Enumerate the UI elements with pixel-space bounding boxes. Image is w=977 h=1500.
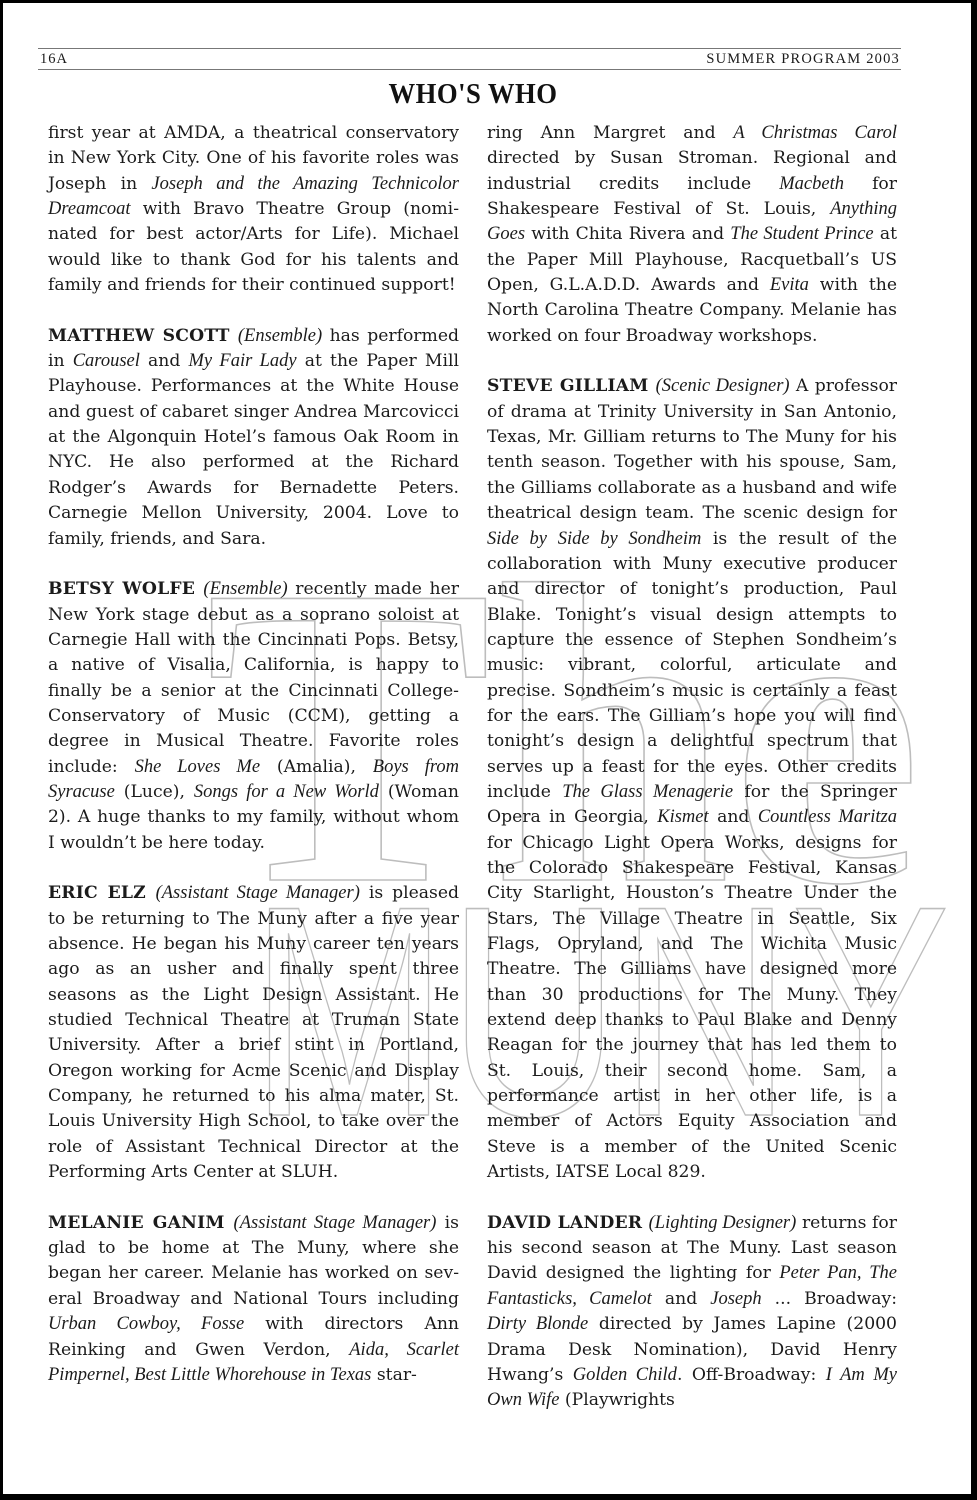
person-role: (Assistant Stage Manager)	[234, 1213, 437, 1233]
italic-title: She Loves Me	[135, 757, 260, 777]
body-text: (Playwrights	[559, 1390, 674, 1410]
person-role: (Ensemble)	[238, 326, 322, 346]
body-text: . Off-Broadway:	[677, 1365, 826, 1385]
italic-title: The Glass Menagerie	[562, 782, 733, 802]
person-name: BETSY WOLFE	[48, 579, 203, 599]
publication-title: SUMMER PROGRAM 2003	[706, 51, 900, 68]
body-text: recently made her New York stage debut a…	[48, 579, 459, 776]
italic-title: Joseph	[710, 1289, 761, 1309]
body-text: star-	[371, 1365, 416, 1385]
italic-title: My Fair Lady	[188, 351, 296, 371]
person-role: (Assistant Stage Manager)	[156, 883, 360, 903]
body-text: is pleased to be returning to The Muny a…	[48, 883, 459, 1182]
bio-entry: DAVID LANDER (Lighting Designer) returns…	[487, 1211, 897, 1414]
left-column: first year at AMDA, a theatrical conserv…	[48, 121, 459, 1414]
body-text: is the result of the collaboration with …	[487, 529, 897, 802]
italic-title: A Christmas Carol	[733, 123, 897, 143]
page: 16A SUMMER PROGRAM 2003	[38, 48, 901, 70]
italic-title: Kismet	[657, 807, 708, 827]
page-number: 16A	[40, 51, 68, 68]
body-text: and	[652, 1289, 710, 1309]
bio-entry: BETSY WOLFE (Ensemble) recently made her…	[48, 577, 459, 856]
italic-title: Macbeth	[779, 174, 844, 194]
body-text: ... Broadway:	[762, 1289, 897, 1309]
person-name: DAVID LANDER	[487, 1213, 649, 1233]
body-text: at the Paper Mill Playhouse. Performance…	[48, 351, 459, 548]
person-name: MATTHEW SCOTT	[48, 326, 238, 346]
body-text: and	[709, 807, 758, 827]
body-text: (Luce),	[115, 782, 194, 802]
bio-entry: MATTHEW SCOTT (Ensemble) has performed i…	[48, 324, 459, 552]
italic-title: Urban Cowboy, Fosse	[48, 1314, 244, 1334]
person-name: MELANIE GANIM	[48, 1213, 234, 1233]
bio-entry: ERIC ELZ (Assistant Stage Manager) is pl…	[48, 881, 459, 1185]
italic-title: Carousel	[73, 351, 140, 371]
bio-continuation: ring Ann Margret and A Christmas Carol d…	[487, 121, 897, 349]
person-name: ERIC ELZ	[48, 883, 156, 903]
italic-title: The Student Prince	[730, 224, 873, 244]
person-role: (Scenic Designer)	[656, 376, 790, 396]
bio-continuation: first year at AMDA, a theatrical conserv…	[48, 121, 459, 298]
person-role: (Ensemble)	[203, 579, 287, 599]
bio-entry: STEVE GILLIAM (Scenic Designer) A profes…	[487, 374, 897, 1185]
italic-title: Countless Maritza	[758, 807, 897, 827]
person-role: (Lighting Designer)	[649, 1213, 797, 1233]
body-text: for Chicago Light Opera Works, designs f…	[487, 833, 897, 1182]
body-text: ring Ann Margret and	[487, 123, 733, 143]
bio-entry: MELANIE GANIM (Assistant Stage Manager) …	[48, 1211, 459, 1388]
italic-title: Evita	[770, 275, 809, 295]
running-header: 16A SUMMER PROGRAM 2003	[38, 48, 901, 70]
italic-title: Dirty Blonde	[487, 1314, 588, 1334]
body-text: (Amalia),	[260, 757, 373, 777]
italic-title: Songs for a New World	[194, 782, 379, 802]
body-text: A profes­sor of drama at Trinity Univers…	[487, 376, 897, 523]
section-title: WHO'S WHO	[38, 78, 908, 111]
body-text: and	[140, 351, 189, 371]
body-text: with Chita Rivera and	[525, 224, 730, 244]
italic-title: Golden Child	[573, 1365, 677, 1385]
italic-title: Side by Side by Sondheim	[487, 529, 701, 549]
person-name: STEVE GILLIAM	[487, 376, 656, 396]
right-column: ring Ann Margret and A Christmas Carol d…	[487, 121, 897, 1439]
